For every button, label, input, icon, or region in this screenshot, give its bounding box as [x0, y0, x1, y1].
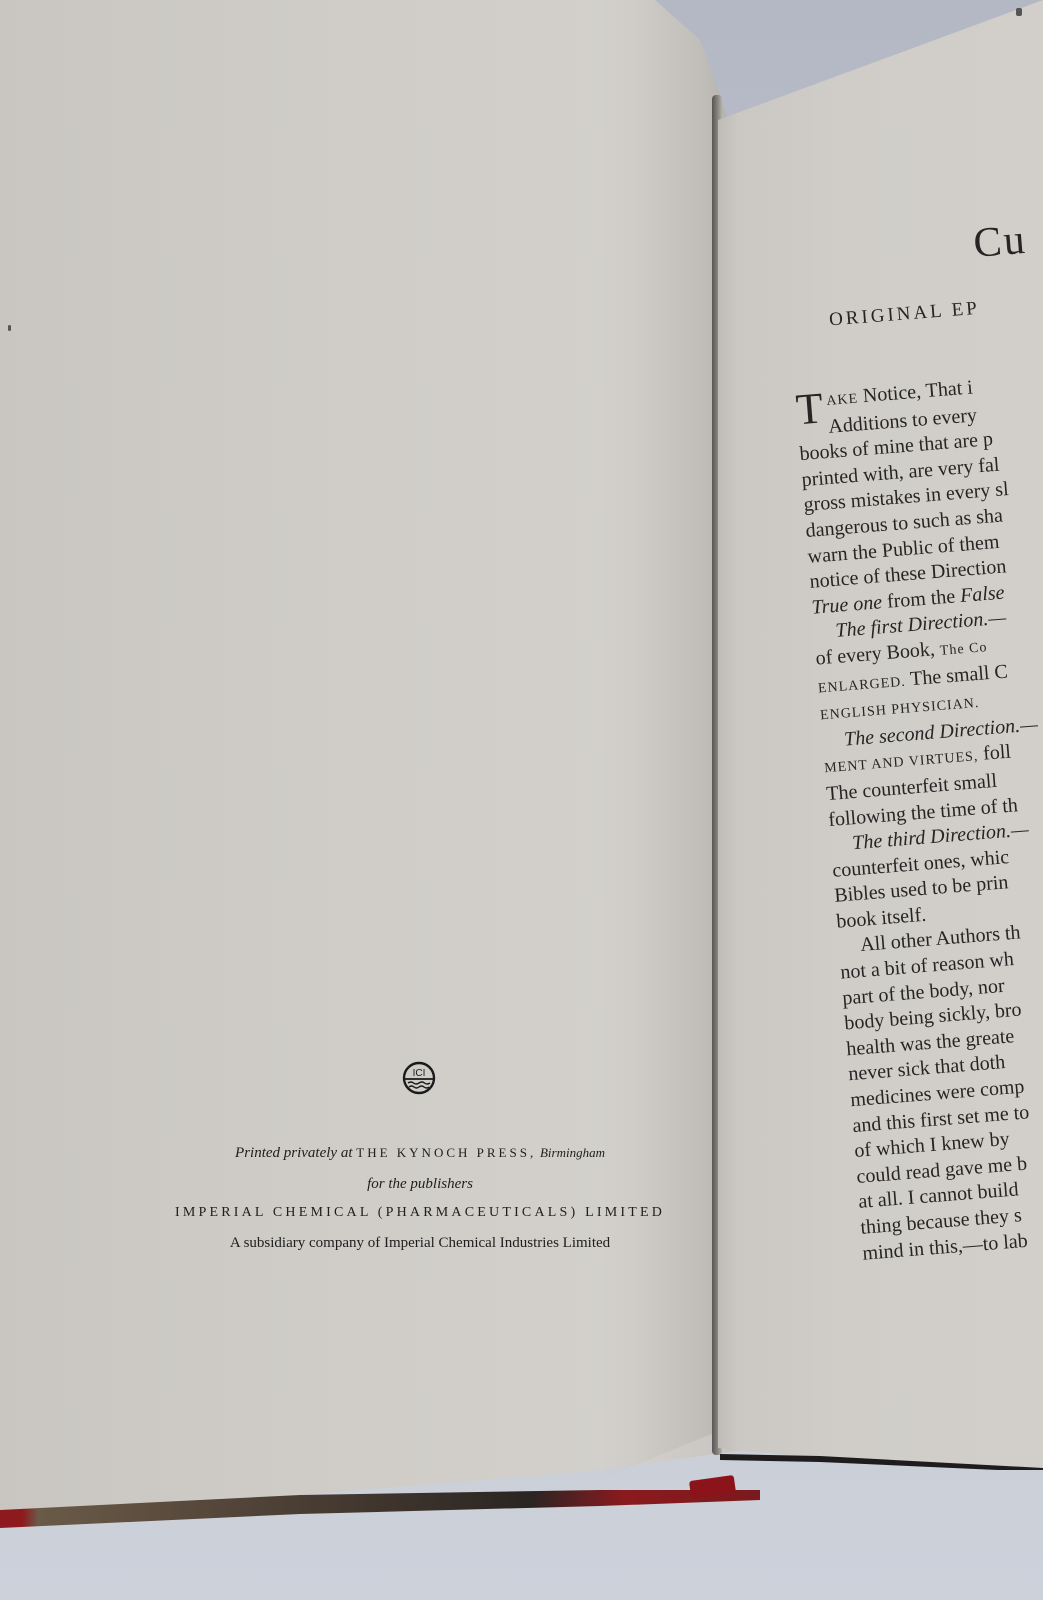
drop-cap: T [795, 393, 824, 425]
kynoch-press-text: THE KYNOCH PRESS, [356, 1145, 536, 1160]
chapter-title: Cu [972, 216, 1029, 268]
printer-line: Printed privately at THE KYNOCH PRESS, B… [100, 1145, 740, 1162]
paper-speck [8, 325, 11, 331]
ici-logo-icon: ICI [402, 1061, 436, 1095]
birmingham-text: Birmingham [540, 1145, 605, 1160]
publisher-name: IMPERIAL CHEMICAL (PHARMACEUTICALS) LIMI… [100, 1205, 740, 1221]
svg-text:ICI: ICI [413, 1068, 426, 1079]
printed-privately-text: Printed privately at [235, 1145, 352, 1161]
paper-speck [1016, 8, 1022, 16]
for-publishers-line: for the publishers [100, 1176, 740, 1193]
subsidiary-line: A subsidiary company of Imperial Chemica… [100, 1235, 740, 1252]
